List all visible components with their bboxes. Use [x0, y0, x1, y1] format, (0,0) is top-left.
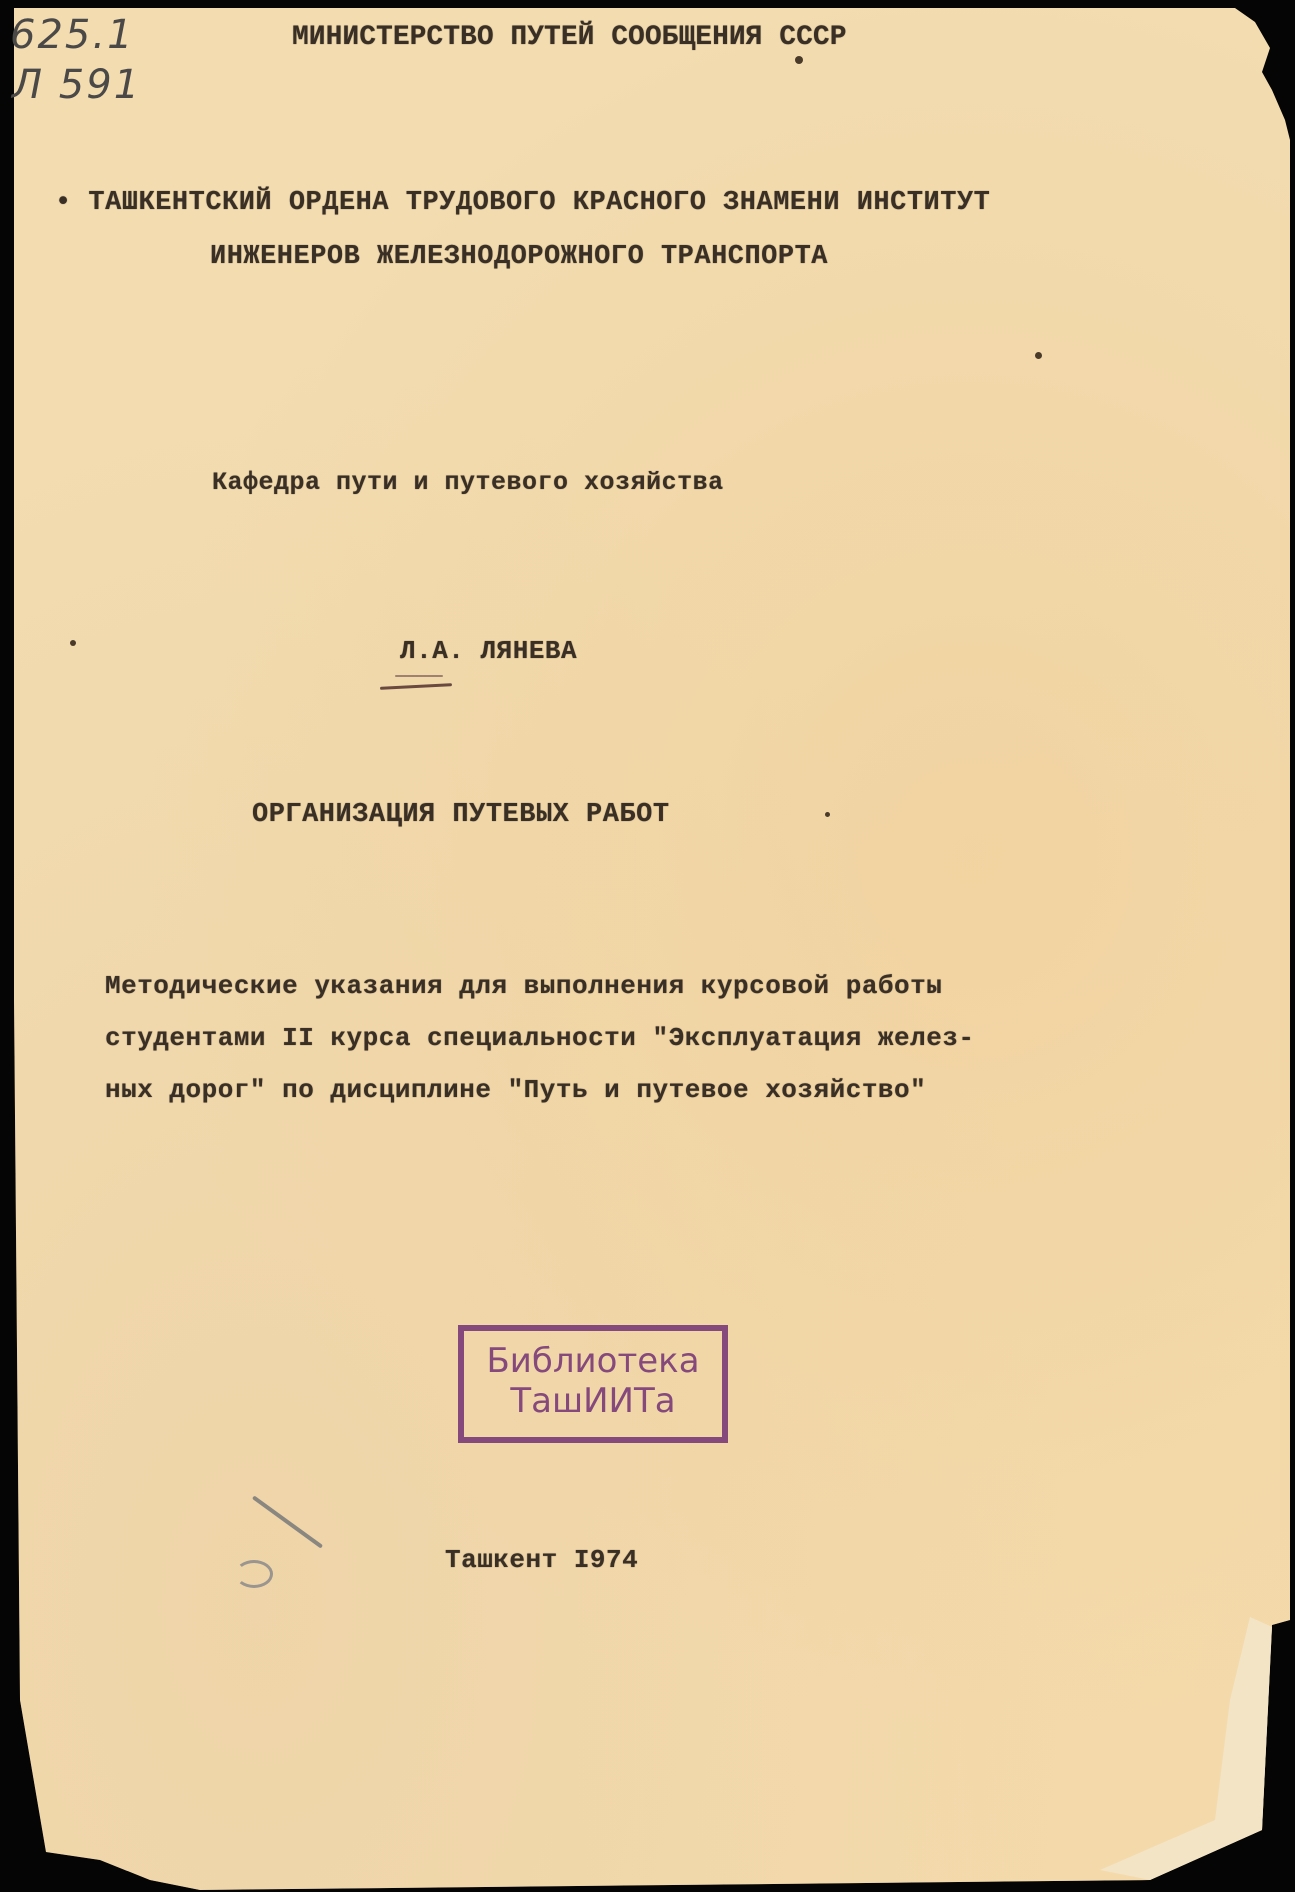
pencil-mark	[235, 1560, 273, 1588]
stamp-line1: Библиотека	[464, 1341, 722, 1381]
author-name: Л.А. ЛЯНЕВА	[400, 636, 577, 666]
shelf-mark-line2: Л 591	[12, 62, 141, 108]
description-block: Методические указания для выполнения кур…	[105, 960, 975, 1116]
description-line: ных дорог" по дисциплине "Путь и путевое…	[105, 1064, 975, 1116]
institute-name-line2: ИНЖЕНЕРОВ ЖЕЛЕЗНОДОРОЖНОГО ТРАНСПОРТА	[210, 242, 828, 272]
ink-speck	[70, 640, 76, 646]
shelf-mark-line1: 625.1	[10, 12, 135, 58]
ink-speck	[825, 812, 830, 817]
department-name: Кафедра пути и путевого хозяйства	[212, 468, 724, 497]
document-page	[0, 0, 1295, 1892]
ministry-heading: МИНИСТЕРСТВО ПУТЕЙ СООБЩЕНИЯ СССР	[292, 22, 847, 53]
document-title: ОРГАНИЗАЦИЯ ПУТЕВЫХ РАБОТ	[252, 800, 670, 830]
description-line: студентами II курса специальности "Экспл…	[105, 1012, 975, 1064]
city-year: Ташкент I974	[445, 1545, 638, 1575]
library-stamp: Библиотека ТашИИТа	[458, 1325, 728, 1443]
institute-name-line1: • ТАШКЕНТСКИЙ ОРДЕНА ТРУДОВОГО КРАСНОГО …	[55, 188, 990, 218]
ink-speck	[795, 56, 803, 64]
stamp-line2: ТашИИТа	[464, 1381, 722, 1421]
description-line: Методические указания для выполнения кур…	[105, 960, 975, 1012]
ink-speck	[1035, 352, 1042, 359]
pencil-underline	[395, 675, 443, 677]
